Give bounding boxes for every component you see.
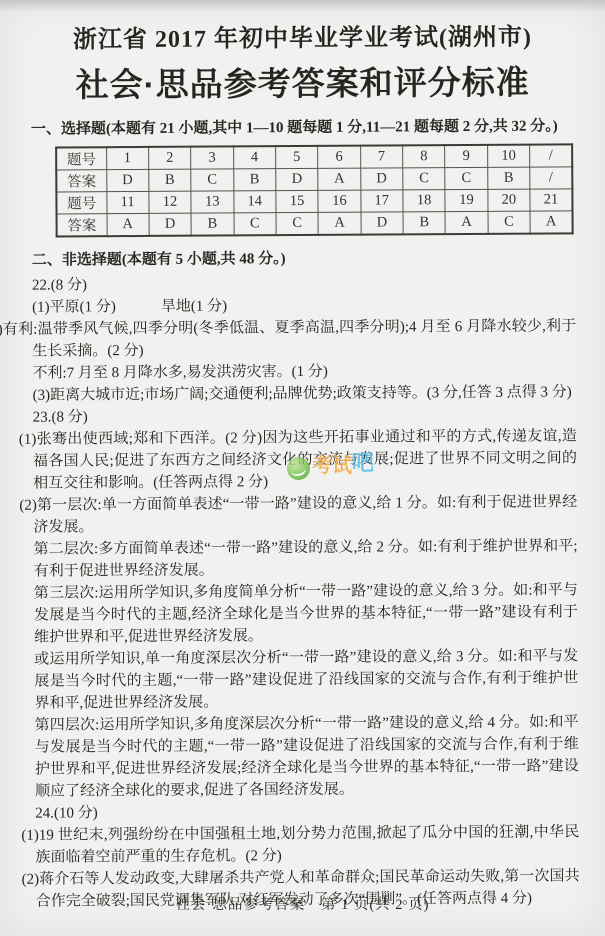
- table-cell: 7: [360, 145, 402, 168]
- table-cell: 5: [276, 146, 318, 169]
- table-cell: 6: [318, 146, 360, 169]
- table-cell: C: [403, 168, 445, 190]
- table-cell: 答案: [57, 214, 107, 237]
- table-cell: 1: [106, 147, 148, 170]
- table-cell: 12: [149, 191, 191, 213]
- page-content: 浙江省 2017 年初中毕业学业考试(湖州市) 社会·思品参考答案和评分标准 一…: [0, 0, 605, 913]
- table-cell: C: [191, 169, 233, 191]
- section-choice-header: 一、选择题(本题有 21 小题,其中 1—10 题每题 1 分,11—21 题每…: [31, 114, 575, 138]
- table-cell: 15: [276, 190, 318, 212]
- table-cell: B: [149, 169, 191, 191]
- section-choice-note: (本题有 21 小题,其中 1—10 题每题 1 分,11—21 题每题 2 分…: [106, 118, 558, 137]
- table-cell: C: [488, 211, 530, 234]
- section-non-choice-note: (本题有 5 小题,共 48 分。): [122, 251, 286, 268]
- table-cell: A: [107, 213, 149, 236]
- section-non-choice-header: 二、非选择题(本题有 5 小题,共 48 分。): [32, 245, 576, 269]
- table-cell: B: [233, 169, 275, 191]
- table-cell: /: [530, 167, 573, 189]
- table-cell: 题号: [56, 147, 106, 170]
- table-cell: 20: [488, 189, 530, 211]
- answer-23-2-level1: (2)第一层次:单一方面简单表述“一带一路”建设的意义,给 1 分。如:有利于促…: [33, 491, 577, 538]
- table-row-qnum-1-10: 题号 1 2 3 4 5 6 7 8 9 10 /: [56, 144, 572, 170]
- table-cell: 16: [318, 190, 360, 212]
- table-cell: C: [276, 212, 318, 235]
- table-cell: C: [234, 213, 276, 236]
- table-cell: 8: [403, 145, 445, 168]
- table-cell: /: [530, 144, 573, 167]
- answer-24-1: (1)19 世纪末,列强纷纷在中国强租土地,划分势力范围,掀起了瓜分中国的狂潮,…: [35, 821, 579, 868]
- table-cell: D: [106, 169, 148, 191]
- table-cell: B: [403, 212, 445, 235]
- table-cell: D: [149, 213, 191, 236]
- scanned-answer-key-page: 浙江省 2017 年初中毕业学业考试(湖州市) 社会·思品参考答案和评分标准 一…: [0, 0, 605, 936]
- section-non-choice-label: 二、非选择题: [32, 252, 122, 269]
- section-choice-label: 一、选择题: [31, 121, 106, 137]
- table-row-answers-1-10: 答案 D B C B D A D C C B /: [56, 167, 572, 192]
- table-cell: A: [318, 168, 360, 190]
- table-cell: 18: [403, 190, 445, 212]
- table-cell: 题号: [56, 192, 106, 214]
- table-cell: D: [360, 168, 402, 190]
- table-row-qnum-11-21: 题号 11 12 13 14 15 16 17 18 19 20 21: [56, 189, 572, 214]
- table-cell: 21: [530, 189, 573, 211]
- table-cell: 4: [233, 146, 275, 169]
- answer-table: 题号 1 2 3 4 5 6 7 8 9 10 / 答案 D B C B D A: [55, 143, 574, 237]
- table-cell: B: [487, 167, 529, 189]
- answer-22-2-pros: (2)有利:温带季风气候,四季分明(冬季低温、夏季高温,四季分明);4 月至 6…: [32, 315, 576, 362]
- table-cell: 17: [361, 190, 403, 212]
- table-row-answers-11-21: 答案 A D B C C A D B A C A: [57, 211, 573, 237]
- table-cell: D: [276, 168, 318, 190]
- table-cell: B: [191, 213, 233, 236]
- table-cell: A: [445, 211, 487, 234]
- table-cell: A: [530, 211, 573, 234]
- table-cell: 9: [445, 145, 487, 168]
- table-cell: 14: [233, 191, 275, 213]
- answer-23-1: (1)张骞出使西域;郑和下西洋。(2 分)因为这些开拓事业通过和平的方式,传递友…: [33, 425, 577, 494]
- table-cell: D: [361, 212, 403, 235]
- exam-title: 浙江省 2017 年初中毕业学业考试(湖州市): [30, 16, 574, 54]
- table-cell: 答案: [56, 170, 106, 192]
- table-cell: 3: [191, 146, 233, 169]
- answers-body: 22.(8 分) (1)平原(1 分) 旱地(1 分) (2)有利:温带季风气候…: [32, 271, 580, 912]
- table-cell: C: [445, 167, 487, 189]
- table-cell: 19: [445, 189, 487, 211]
- table-cell: A: [318, 212, 360, 235]
- document-title: 社会·思品参考答案和评分标准: [31, 56, 575, 106]
- page-footer: 社会·思品参考答案 第 1 页(共 2 页): [0, 893, 605, 914]
- answer-23-2-level3-alt: 或运用所学知识,单一角度深层次分析“一带一路”建设的意义,给 3 分。如:和平与…: [34, 645, 578, 714]
- table-cell: 2: [148, 147, 190, 170]
- answer-23-2-level2: 第二层次:多方面简单表述“一带一路”建设的意义,给 2 分。如:有利于维护世界和…: [34, 535, 578, 582]
- table-cell: 11: [106, 191, 148, 213]
- answer-23-2-level4: 第四层次:运用所学知识,多角度深层次分析“一带一路”建设的意义,给 4 分。如:…: [35, 711, 580, 802]
- table-cell: 10: [487, 145, 529, 168]
- answer-23-2-level3: 第三层次:运用所学知识,多角度简单分析“一带一路”建设的意义,给 3 分。如:和…: [34, 579, 578, 648]
- table-cell: 13: [191, 191, 233, 213]
- answer-22-3: (3)距离大城市近;市场广阔;交通便利;品牌优势;政策支持等。(3 分,任答 3…: [33, 381, 577, 406]
